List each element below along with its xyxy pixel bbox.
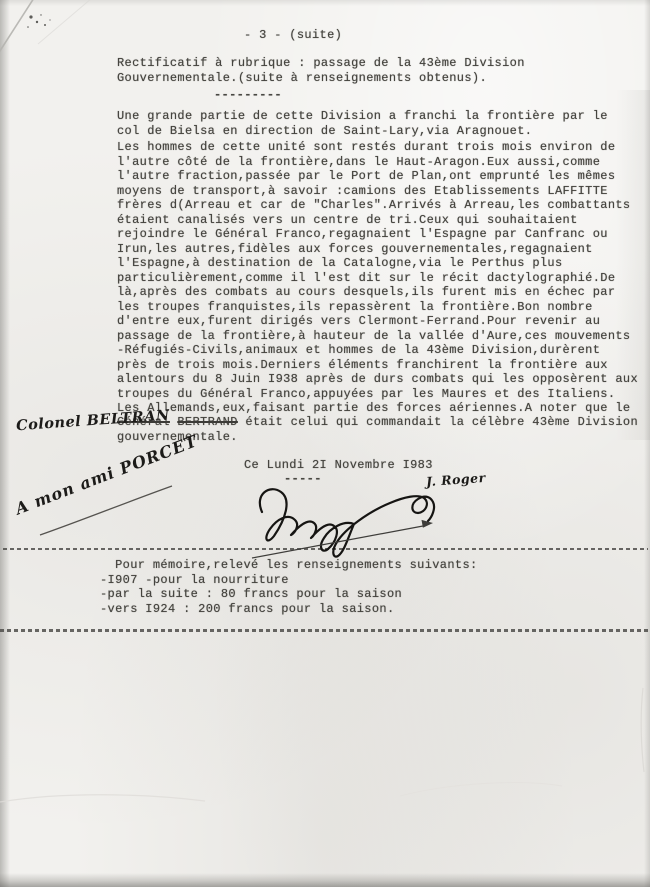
page-number: - 3 - (suite) [244, 28, 342, 43]
scan-edge-left [0, 0, 10, 887]
dashed-separator-top [3, 548, 648, 550]
fold-crease-faint [38, 0, 92, 44]
paragraph-intro: Une grande partie de cette Division a fr… [117, 109, 608, 138]
arrowhead [422, 520, 434, 528]
bottom-crease-right [400, 783, 562, 796]
ink-specks [27, 14, 50, 28]
paragraph-main: Les hommes de cette unité sont restés du… [117, 140, 638, 416]
arrow-stroke [252, 526, 423, 558]
handwritten-dedication: A mon ami PORCET [13, 431, 201, 518]
scanned-document-page: - 3 - (suite) Rectificatif à rubrique : … [0, 0, 650, 887]
dashed-separator-bottom [0, 629, 650, 632]
memo-note: Pour mémoire,relevé les renseignements s… [100, 558, 478, 616]
corrected-line-rest: était celui qui commandait la célèbre 43… [238, 415, 638, 429]
corrected-line: GénéralBERTRAND était celui qui commanda… [117, 415, 638, 430]
scan-edge-top [0, 0, 650, 6]
section-heading: Rectificatif à rubrique : passage de la … [117, 56, 525, 85]
struck-word-bertrand: BERTRAND [177, 415, 237, 429]
scan-edge-bottom [0, 873, 650, 887]
date-rule: ----- [284, 472, 322, 487]
handwritten-signer-name: J. Roger [426, 470, 487, 489]
bottom-crease-left [0, 795, 205, 802]
heading-rule: --------- [214, 88, 282, 103]
date-line: Ce Lundi 2I Novembre I983 [244, 458, 433, 473]
handwritten-signature [260, 489, 434, 556]
